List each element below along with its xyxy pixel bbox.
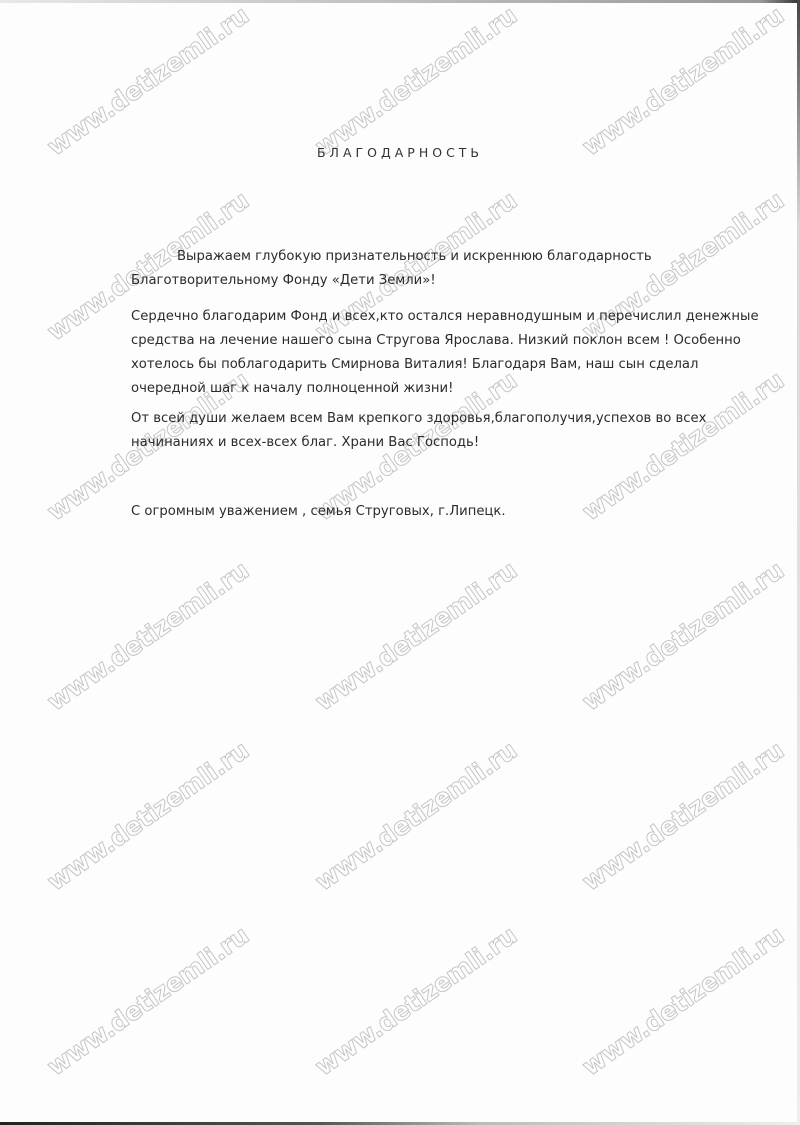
signature-line: С огромным уважением , семья Струговых, …: [131, 500, 771, 524]
text-line: начинаниях и всех-всех благ. Храни Вас Г…: [131, 431, 771, 455]
text-line: Благотворительному Фонду «Дети Земли»!: [131, 269, 771, 293]
text-line: очередной шаг к началу полноценной жизни…: [131, 377, 771, 401]
text-line: средства на лечение нашего сына Стругова…: [131, 329, 771, 353]
text-line: хотелось бы поблагодарить Смирнова Витал…: [131, 353, 771, 377]
text-line: Выражаем глубокую признательность и искр…: [131, 245, 771, 269]
text-line: Сердечно благодарим Фонд и всех,кто оста…: [131, 305, 771, 329]
letter-content: БЛАГОДАРНОСТЬ Выражаем глубокую признате…: [0, 0, 800, 1125]
paragraph-thanks-body: Сердечно благодарим Фонд и всех,кто оста…: [131, 305, 771, 401]
paragraph-wishes: От всей души желаем всем Вам крепкого зд…: [131, 407, 771, 455]
text-line: От всей души желаем всем Вам крепкого зд…: [131, 407, 771, 431]
text-line: С огромным уважением , семья Струговых, …: [131, 500, 771, 524]
paragraph-gratitude-intro: Выражаем глубокую признательность и искр…: [131, 245, 771, 293]
scanned-page: www.detizemli.ruwww.detizemli.ruwww.deti…: [0, 0, 800, 1125]
letter-title: БЛАГОДАРНОСТЬ: [0, 145, 800, 160]
